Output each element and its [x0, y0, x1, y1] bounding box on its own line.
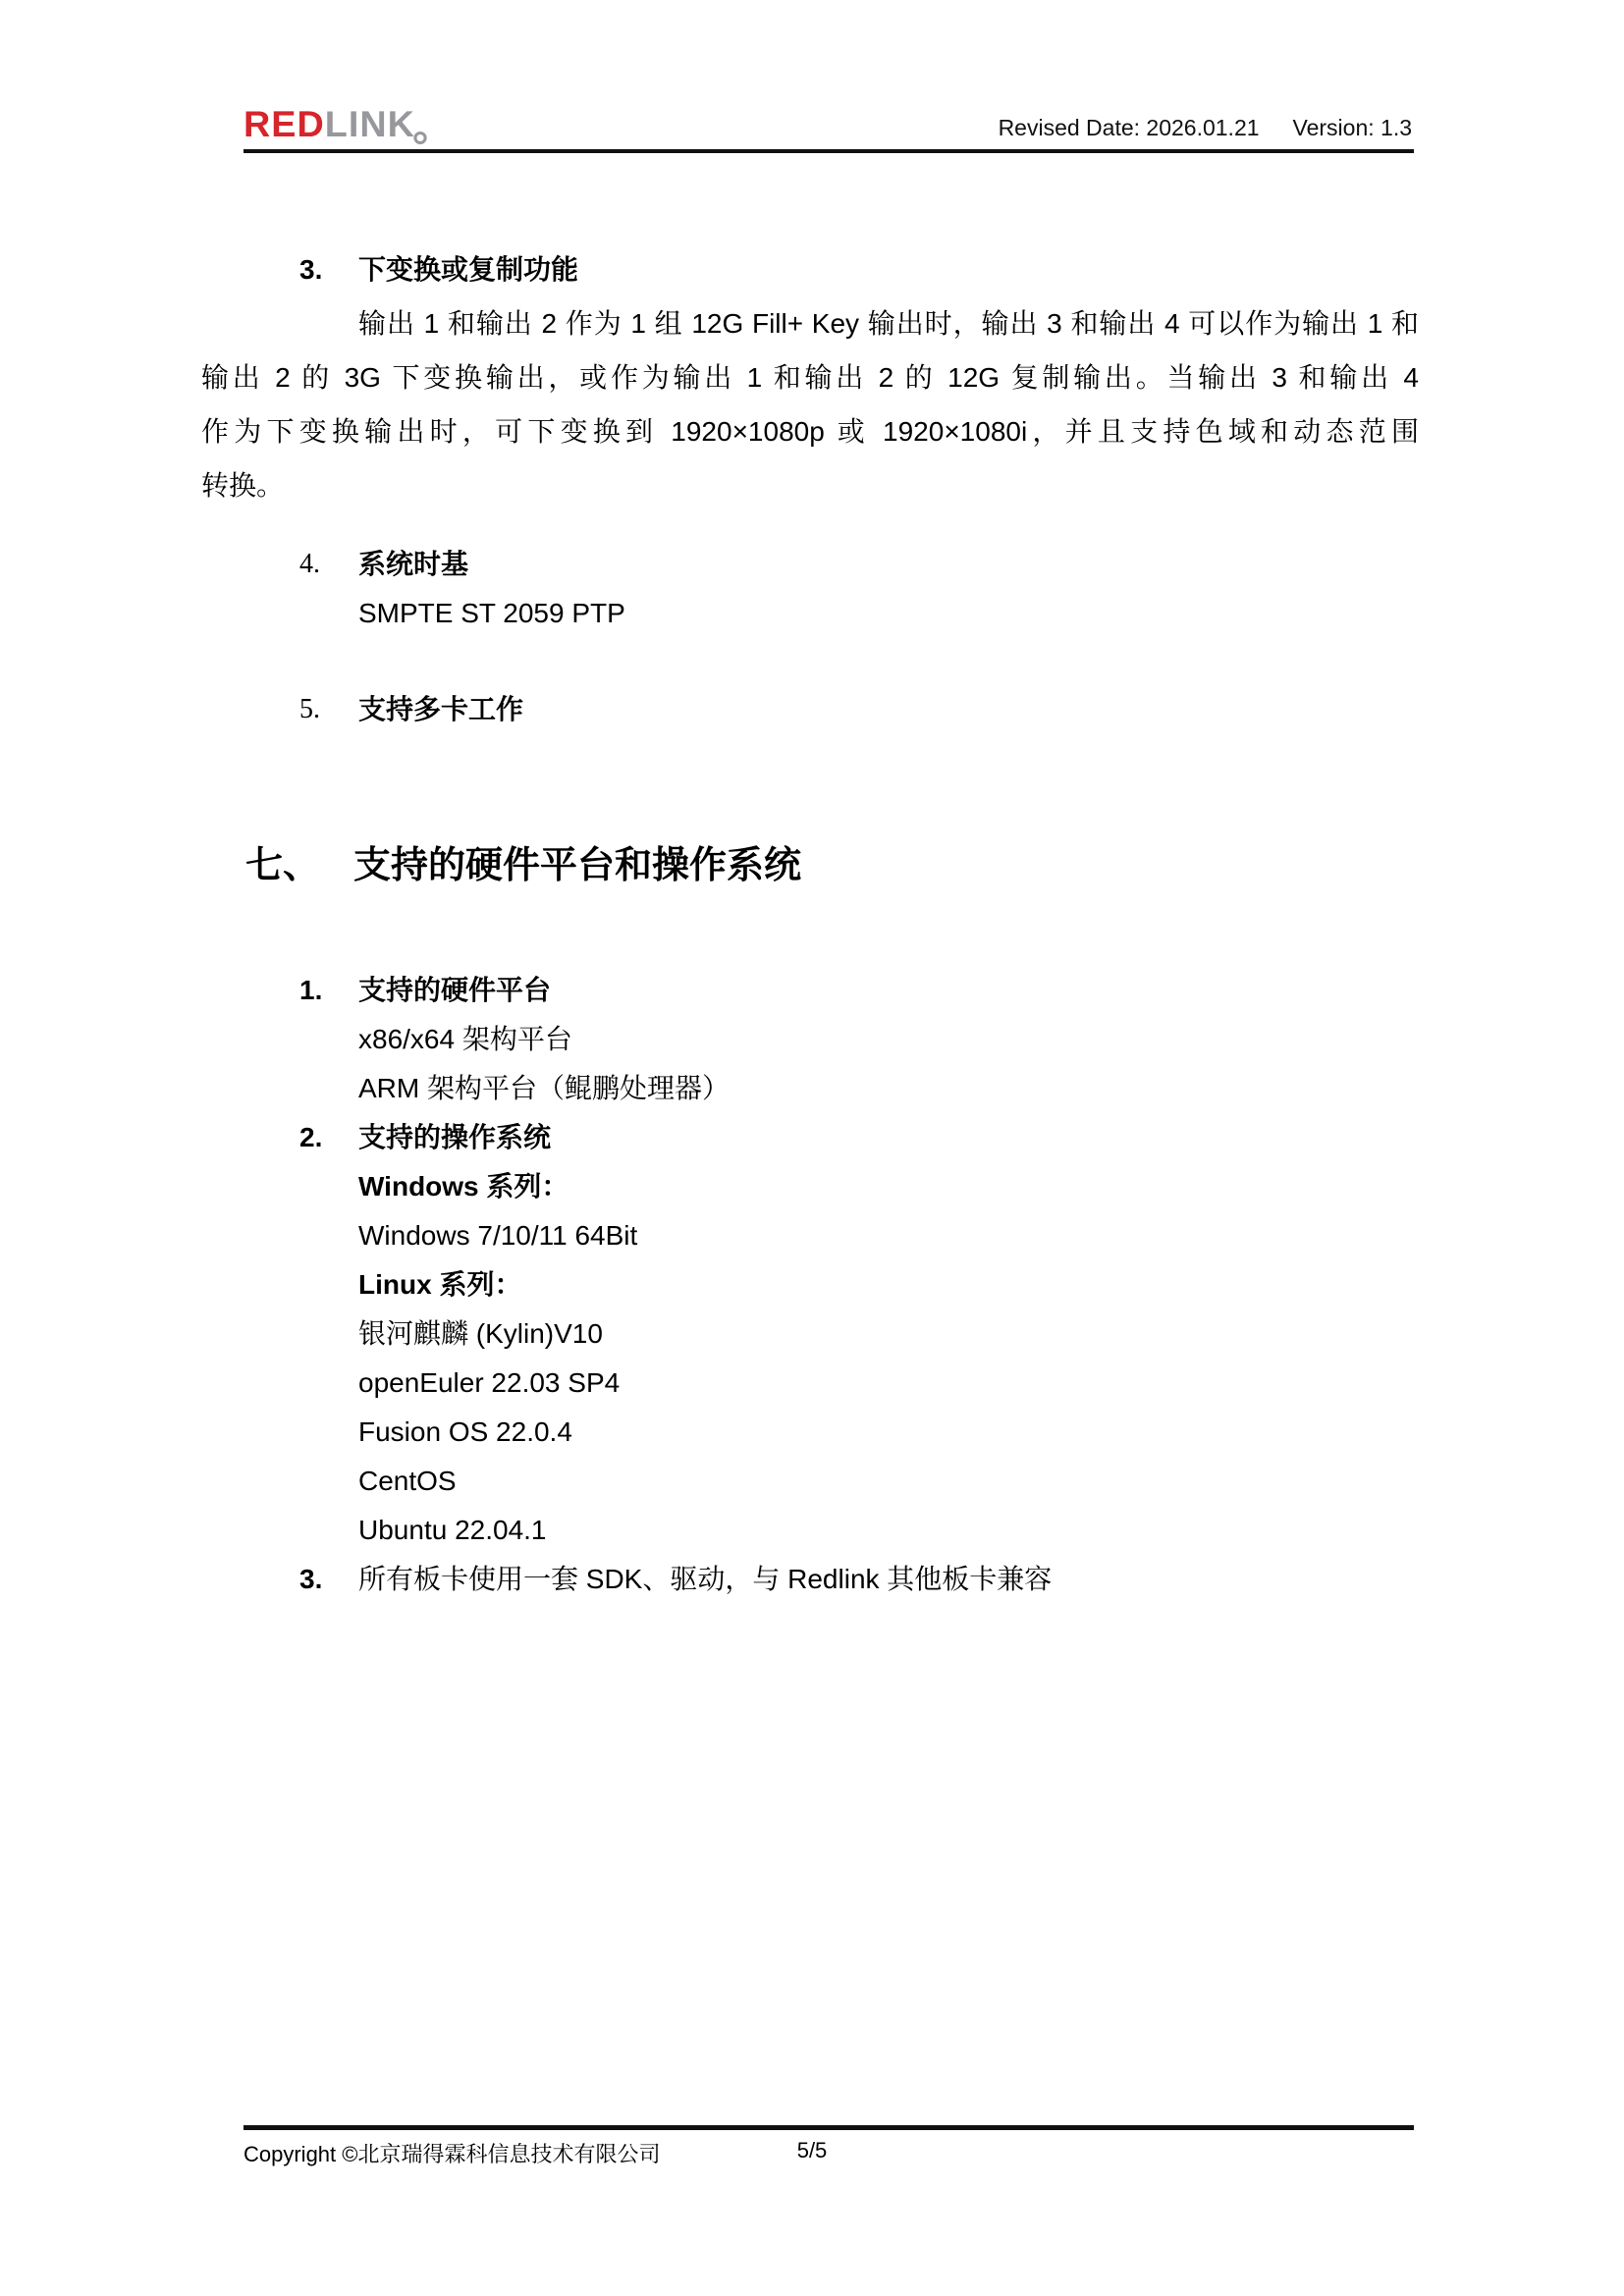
- section7-title: 支持的硬件平台和操作系统: [353, 844, 801, 889]
- footer-rule: [244, 2125, 1414, 2130]
- header-rule: [244, 149, 1414, 153]
- item3-paragraph: 输出 1 和输出 2 作为 1 组 12G Fill+ Key 输出时，输出 3…: [201, 296, 1419, 512]
- header-meta: Revised Date: 2026.01.21Version: 1.3: [999, 115, 1412, 141]
- sdk-number: 3.: [299, 1555, 358, 1604]
- os-linux-kylin-text: 银河麒麟 (Kylin)V10: [358, 1309, 603, 1359]
- paragraph-line: 输出 1 和输出 2 作为 1 组 12G Fill+ Key 输出时，输出 3…: [201, 296, 1419, 350]
- hw-heading: 1. 支持的硬件平台: [299, 966, 1052, 1015]
- os-linux-openeuler-text: openEuler 22.03 SP4: [358, 1359, 620, 1408]
- section7-number: 七、: [245, 844, 353, 889]
- item4-heading: 4. 系统时基: [299, 548, 468, 581]
- item4-number: 4.: [299, 548, 358, 581]
- os-number: 2.: [299, 1113, 358, 1162]
- os-linux-kylin: 银河麒麟 (Kylin)V10: [299, 1309, 1052, 1359]
- item3-number: 3.: [299, 253, 358, 287]
- hw-line-arm-text: ARM 架构平台（鲲鹏处理器）: [358, 1064, 730, 1113]
- item3-heading: 3. 下变换或复制功能: [299, 253, 578, 287]
- paragraph-line: 作为下变换输出时，可下变换到 1920×1080p 或 1920×1080i，并…: [201, 404, 1419, 458]
- os-linux-fusionos-text: Fusion OS 22.0.4: [358, 1408, 572, 1457]
- os-windows-versions-text: Windows 7/10/11 64Bit: [358, 1211, 637, 1260]
- item5-heading: 5. 支持多卡工作: [299, 693, 523, 726]
- item5-title: 支持多卡工作: [358, 693, 523, 726]
- logo-gray-text: LINK: [325, 104, 415, 144]
- os-windows-label-text: Windows 系列：: [358, 1162, 568, 1211]
- revised-date-text: Revised Date: 2026.01.21: [999, 115, 1260, 140]
- os-linux-ubuntu: Ubuntu 22.04.1: [299, 1506, 1052, 1555]
- sdk-item: 3. 所有板卡使用一套 SDK、驱动，与 Redlink 其他板卡兼容: [299, 1555, 1052, 1604]
- os-windows-versions: Windows 7/10/11 64Bit: [299, 1211, 1052, 1260]
- os-linux-openeuler: openEuler 22.03 SP4: [299, 1359, 1052, 1408]
- os-linux-ubuntu-text: Ubuntu 22.04.1: [358, 1506, 547, 1555]
- hw-title: 支持的硬件平台: [358, 966, 551, 1015]
- item4-title: 系统时基: [358, 548, 468, 581]
- os-linux-fusionos: Fusion OS 22.0.4: [299, 1408, 1052, 1457]
- hw-line-arm: ARM 架构平台（鲲鹏处理器）: [299, 1064, 1052, 1113]
- item5-number: 5.: [299, 693, 358, 726]
- redlink-logo: REDLINK: [244, 106, 427, 142]
- item4-body: SMPTE ST 2059 PTP: [358, 597, 625, 630]
- os-heading: 2. 支持的操作系统: [299, 1113, 1052, 1162]
- os-title: 支持的操作系统: [358, 1113, 551, 1162]
- hw-number: 1.: [299, 966, 358, 1015]
- item3-title: 下变换或复制功能: [358, 253, 578, 287]
- os-linux-centos: CentOS: [299, 1457, 1052, 1506]
- sdk-text: 所有板卡使用一套 SDK、驱动，与 Redlink 其他板卡兼容: [358, 1555, 1052, 1604]
- section7-heading: 七、 支持的硬件平台和操作系统: [245, 844, 801, 889]
- os-linux-label-text: Linux 系列：: [358, 1260, 521, 1309]
- paragraph-line: 输出 2 的 3G 下变换输出，或作为输出 1 和输出 2 的 12G 复制输出…: [201, 350, 1419, 404]
- document-page: REDLINK Revised Date: 2026.01.21Version:…: [0, 0, 1624, 2296]
- logo-circuit-dot-icon: [414, 132, 427, 144]
- hw-line-x86-text: x86/x64 架构平台: [358, 1015, 572, 1064]
- os-linux-centos-text: CentOS: [358, 1457, 457, 1506]
- page-number: 5/5: [0, 2138, 1624, 2163]
- section7-list: 1. 支持的硬件平台 x86/x64 架构平台 ARM 架构平台（鲲鹏处理器） …: [299, 966, 1052, 1604]
- hw-line-x86: x86/x64 架构平台: [299, 1015, 1052, 1064]
- os-windows-label: Windows 系列：: [299, 1162, 1052, 1211]
- os-linux-label: Linux 系列：: [299, 1260, 1052, 1309]
- logo-red-text: RED: [244, 104, 325, 144]
- version-text: Version: 1.3: [1293, 115, 1412, 140]
- paragraph-line: 转换。: [201, 458, 1419, 512]
